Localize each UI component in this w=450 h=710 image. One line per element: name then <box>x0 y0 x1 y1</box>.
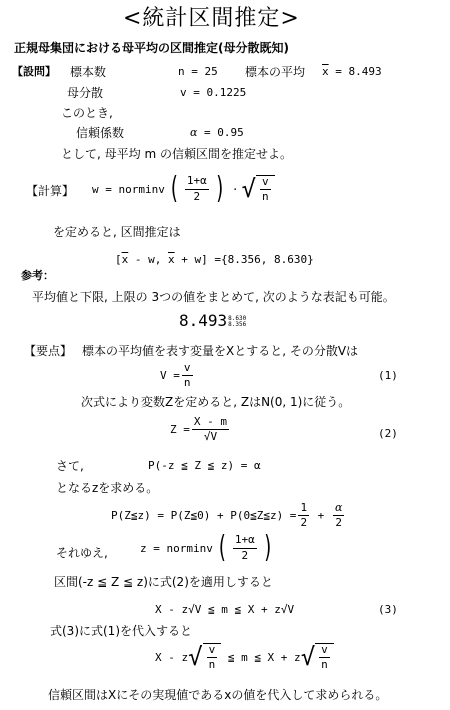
eq4-lhs: X - z <box>155 652 188 663</box>
eq2-lhs: Z = <box>170 424 190 435</box>
dot: · <box>232 184 239 195</box>
lower-bound: 8.356 <box>228 322 246 328</box>
eq-p-f1-num: 1 <box>298 502 309 516</box>
eq-p-f2-num: α <box>333 502 344 516</box>
eq-p-lhs: P(Z≦z) = P(Z≦0) + P(0≦Z≦z) = <box>111 510 296 521</box>
bracket-open: [ <box>115 253 122 266</box>
sample-mean-label: 標本の平均 <box>245 66 305 78</box>
eq-p-f1-den: 2 <box>298 516 309 529</box>
sqrt-icon: √ <box>241 177 255 201</box>
equation-p: P(Z≦z) = P(Z≦0) + P(0≦Z≦z) = 12 + α2 <box>111 502 346 529</box>
interval-plus-result: + w] ={8.356, 8.630} <box>175 253 314 266</box>
equation-z: z = norminv ( 1+α2 ) <box>140 533 277 563</box>
equation-4: X - z √vn ≦ m ≦ X + z √vn <box>155 643 334 671</box>
key-line-5a: それゆえ, <box>56 547 108 559</box>
eq1-number: (1) <box>378 370 398 381</box>
calc-then-text: を定めると, 区間推定は <box>53 226 181 238</box>
problem-label: 【設問】 <box>12 66 56 77</box>
reference-notation: 8.4938.6308.356 <box>179 313 246 329</box>
eq1-lhs: V = <box>160 370 180 381</box>
eq-p-frac-1: 12 <box>298 502 309 529</box>
confidence-label: 信頼係数 <box>76 127 124 139</box>
pop-var-value: v = 0.1225 <box>180 87 246 98</box>
eq4-num-1: v <box>207 644 218 658</box>
eq-p-frac-2: α2 <box>333 502 344 529</box>
frac-num: 1+α <box>185 175 209 189</box>
calc-label: 【計算】 <box>26 185 74 197</box>
key-line-7: 式(3)に式(1)を代入すると <box>50 625 192 637</box>
page-title: <統計区間推定> <box>123 8 300 30</box>
frac-den: 2 <box>192 190 203 203</box>
sample-mean-value: x = 8.493 <box>322 66 382 77</box>
sqrt-num: v <box>260 176 271 190</box>
eq4-den-1: n <box>207 658 218 671</box>
eq-p-plus: + <box>311 510 331 521</box>
sample-mean-number: = 8.493 <box>329 65 382 78</box>
eq4-frac-2: vn <box>319 644 330 671</box>
bounds: 8.6308.356 <box>228 316 246 328</box>
eq4-den-2: n <box>319 658 330 671</box>
eq2-fraction: X - m√V <box>192 416 229 443</box>
eq2-number: (2) <box>378 428 398 439</box>
fraction: 1+α2 <box>185 175 209 202</box>
reference-text: 平均値と下限, 上限の 3つの値をまとめて, 次のような表記も可能。 <box>32 291 395 303</box>
equation-2: Z = X - m√V <box>170 416 231 443</box>
eq4-num-2: v <box>319 644 330 658</box>
confidence-value: α = 0.95 <box>190 127 244 138</box>
key-line-3a: さて, <box>56 460 84 472</box>
key-line-3b: P(-z ≦ Z ≦ z) = α <box>148 460 261 471</box>
equation-1: V = vn <box>160 362 195 389</box>
sqrt-den: n <box>260 190 271 203</box>
interval-result: [x - w, x + w] ={8.356, 8.630} <box>115 254 314 265</box>
z-den: 2 <box>240 549 251 562</box>
z-num: 1+α <box>233 534 257 548</box>
x-bar: x <box>322 65 329 78</box>
key-line-8: 信頼区間はXにその実現値であるxの値を代入して求められる。 <box>48 689 387 701</box>
sqrt-fraction: vn <box>260 176 271 203</box>
w-formula: w = norminv ( 1+α2 ) · √vn <box>92 174 275 204</box>
section-subtitle: 正規母集団における母平均の区間推定(母分散既知) <box>14 42 289 54</box>
w-lhs: w = norminv <box>92 184 165 195</box>
sqrt-icon-1: √ <box>188 645 202 669</box>
right-paren-2: ) <box>262 533 273 563</box>
key-line-4: となるzを求める。 <box>56 482 158 494</box>
x-bar-2: x <box>168 253 175 266</box>
eq4-sqrt-2: √vn <box>301 643 334 671</box>
reference-value: 8.493 <box>179 311 227 330</box>
key-line-2: 次式により変数Zを定めると, ZはN(0, 1)に従う。 <box>81 396 350 408</box>
eq1-num: v <box>182 362 193 376</box>
eq3-number: (3) <box>378 604 398 615</box>
right-paren: ) <box>214 174 225 204</box>
z-lhs: z = norminv <box>140 543 213 554</box>
left-paren-2: ( <box>216 533 227 563</box>
sqrt: √vn <box>241 175 274 203</box>
eq2-den-wrap: √V <box>202 430 219 443</box>
eq4-mid: ≦ m ≦ X + z <box>221 652 300 663</box>
eq2-den: V <box>210 430 217 443</box>
key-points-label: 【要点】 <box>24 345 72 357</box>
sample-size-label: 標本数 <box>70 66 106 78</box>
key-line-6: 区間(-z ≦ Z ≦ z)に式(2)を適用しすると <box>54 576 273 588</box>
reference-label: 参考： <box>21 270 54 281</box>
eq-p-f2-den: 2 <box>333 516 344 529</box>
eq4-frac-1: vn <box>207 644 218 671</box>
equation-3: X - z√V ≦ m ≦ X + z√V <box>155 604 294 615</box>
sample-size-value: n = 25 <box>178 66 218 77</box>
instruction-text: として, 母平均 m の信頼区間を推定せよ。 <box>61 148 292 160</box>
eq2-num: X - m <box>192 416 229 430</box>
z-fraction: 1+α2 <box>233 534 257 561</box>
eq1-den: n <box>182 376 193 389</box>
then-text: このとき, <box>61 107 113 119</box>
pop-var-label: 母分散 <box>67 87 103 99</box>
key-line-1: 標本の平均値を表す変量をXとすると, その分散Vは <box>82 345 358 357</box>
eq1-fraction: vn <box>182 362 193 389</box>
confidence-number: = 0.95 <box>197 126 243 139</box>
interval-minus: - w, <box>128 253 168 266</box>
eq4-sqrt-1: √vn <box>188 643 221 671</box>
left-paren: ( <box>168 174 179 204</box>
sqrt-icon-2: √ <box>301 645 315 669</box>
